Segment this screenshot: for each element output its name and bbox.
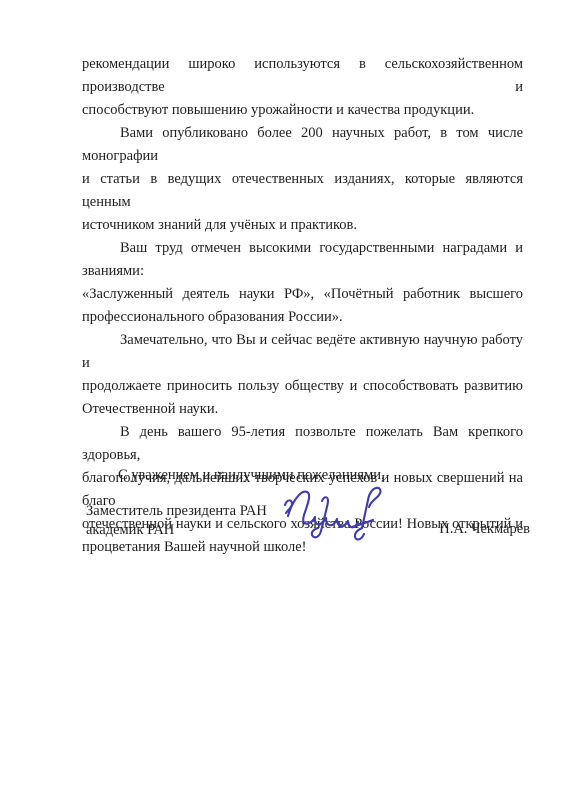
- position-line: Заместитель президента РАН: [86, 502, 267, 521]
- handwritten-signature-icon: [276, 478, 390, 560]
- signature-stroke-flourish: [355, 488, 380, 540]
- letter-page: рекомендации широко используются в сельс…: [0, 0, 566, 800]
- body-text-line: Вами опубликовано более 200 научных рабо…: [82, 122, 523, 168]
- body-text-line: рекомендации широко используются в сельс…: [82, 53, 523, 99]
- body-text-line: и статьи в ведущих отечественных издания…: [82, 168, 523, 214]
- body-text-line: способствуют повышению урожайности и кач…: [82, 99, 523, 122]
- position-line: академик РАН: [86, 521, 267, 540]
- body-text-line: профессионального образования России».: [82, 306, 523, 329]
- signatory-position: Заместитель президента РАНакадемик РАН: [86, 502, 267, 539]
- body-text-line: В день вашего 95-летия позвольте пожелат…: [82, 421, 523, 467]
- body-text-line: Ваш труд отмечен высокими государственны…: [82, 237, 523, 283]
- signatory-name: П.А. Чекмарев: [439, 520, 530, 538]
- body-text-line: Отечественной науки.: [82, 398, 523, 421]
- body-text-line: «Заслуженный деятель науки РФ», «Почётны…: [82, 283, 523, 306]
- body-text-line: источником знаний для учёных и практиков…: [82, 214, 523, 237]
- body-text-line: продолжаете приносить пользу обществу и …: [82, 375, 523, 398]
- signature-stroke-arch: [285, 492, 358, 528]
- body-text-line: Замечательно, что Вы и сейчас ведёте акт…: [82, 329, 523, 375]
